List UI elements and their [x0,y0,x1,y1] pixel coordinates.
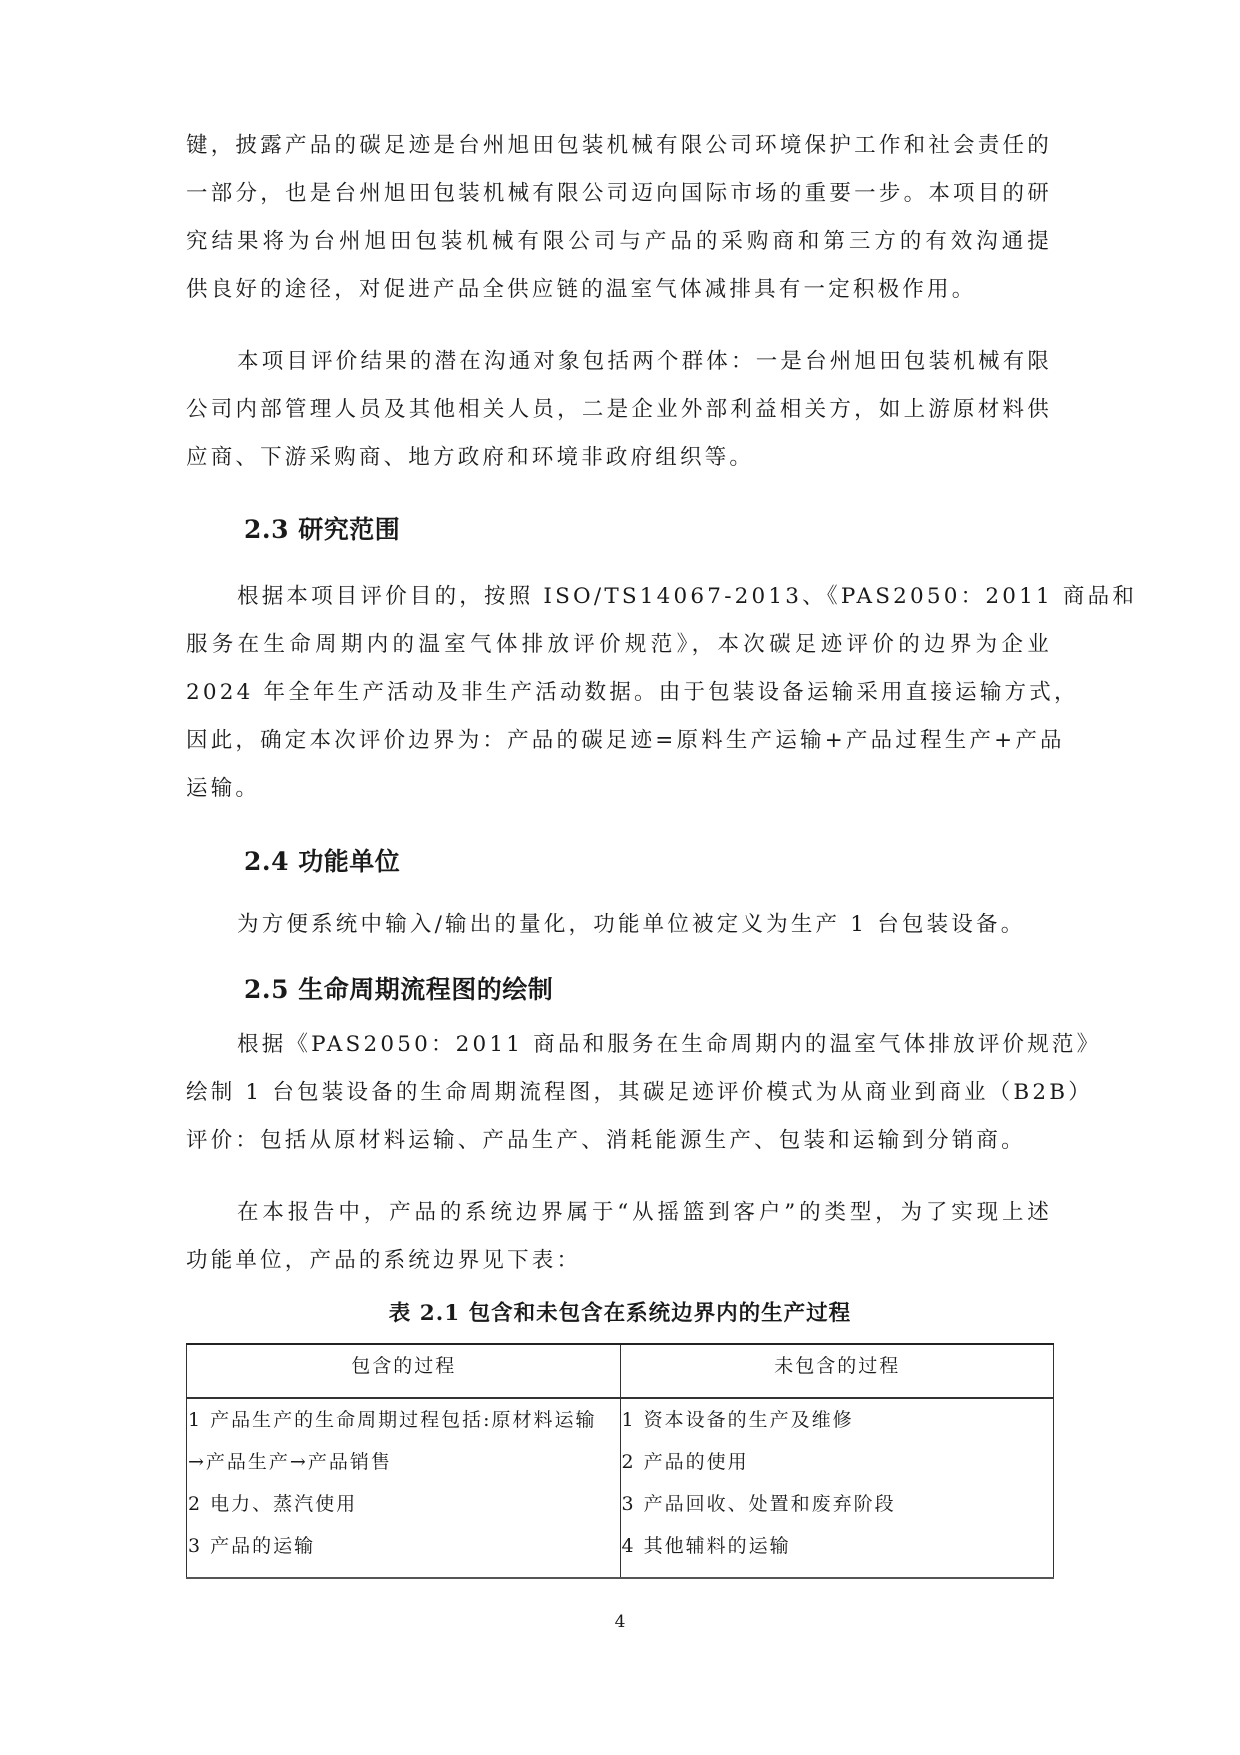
text-line: 为方便系统中输入/输出的量化，功能单位被定义为生产 1 台包装设备。 [237,910,1052,940]
text-line: 键，披露产品的碳足迹是台州旭田包装机械有限公司环境保护工作和社会责任的 [186,131,1052,161]
text-line: 服务在生命周期内的温室气体排放评价规范》，本次碳足迹评价的边界为企业 [186,630,1052,660]
table-cell-excluded: 2 产品的使用 [620,1441,1054,1483]
text-line: 绘制 1 台包装设备的生命周期流程图，其碳足迹评价模式为从商业到商业（B2B） [186,1078,1052,1108]
text-line: 应商、下游采购商、地方政府和环境非政府组织等。 [186,443,1052,473]
table-row: 2 电力、蒸汽使用 3 产品回收、处置和废弃阶段 [187,1483,1054,1525]
text-line: 功能单位，产品的系统边界见下表： [186,1246,1052,1276]
text-line: 2024 年全年生产活动及非生产活动数据。由于包装设备运输采用直接运输方式， [186,678,1052,708]
table-row: 1 产品生产的生命周期过程包括:原材料运输 1 资本设备的生产及维修 [187,1398,1054,1441]
table-cell-included: →产品生产→产品销售 [187,1441,621,1483]
text-line: 公司内部管理人员及其他相关人员，二是企业外部利益相关方，如上游原材料供 [186,395,1052,425]
text-line: 本项目评价结果的潜在沟通对象包括两个群体：一是台州旭田包装机械有限 [237,347,1052,377]
text-line: 究结果将为台州旭田包装机械有限公司与产品的采购商和第三方的有效沟通提 [186,227,1052,257]
text-line: 供良好的途径，对促进产品全供应链的温室气体减排具有一定积极作用。 [186,275,1052,305]
text-line: 在本报告中，产品的系统边界属于“从摇篮到客户”的类型，为了实现上述 [237,1198,1052,1228]
table-header-row: 包含的过程 未包含的过程 [187,1344,1054,1398]
section-heading-2-4: 2.4 功能单位 [244,846,400,878]
text-line: 因此，确定本次评价边界为：产品的碳足迹=原料生产运输+产品过程生产+产品 [186,726,1052,756]
table-cell-excluded: 3 产品回收、处置和废弃阶段 [620,1483,1054,1525]
system-boundary-table: 包含的过程 未包含的过程 1 产品生产的生命周期过程包括:原材料运输 1 资本设… [186,1343,1054,1579]
column-header-included: 包含的过程 [187,1344,621,1398]
section-heading-2-3: 2.3 研究范围 [244,514,400,546]
column-header-excluded: 未包含的过程 [620,1344,1054,1398]
text-line: 根据本项目评价目的，按照 ISO/TS14067-2013、《PAS2050：2… [237,582,1052,612]
table-row: 3 产品的运输 4 其他辅料的运输 [187,1525,1054,1578]
text-line: 一部分，也是台州旭田包装机械有限公司迈向国际市场的重要一步。本项目的研 [186,179,1052,209]
table-cell-included: 3 产品的运输 [187,1525,621,1578]
table-caption: 表 2.1 包含和未包含在系统边界内的生产过程 [0,1299,1240,1329]
text-line: 根据《PAS2050：2011 商品和服务在生命周期内的温室气体排放评价规范》 [237,1030,1052,1060]
page-number: 4 [0,1611,1240,1633]
text-line: 评价：包括从原材料运输、产品生产、消耗能源生产、包装和运输到分销商。 [186,1126,1052,1156]
document-page: 键，披露产品的碳足迹是台州旭田包装机械有限公司环境保护工作和社会责任的 一部分，… [0,0,1240,1755]
table-cell-included: 1 产品生产的生命周期过程包括:原材料运输 [187,1398,621,1441]
table-cell-included: 2 电力、蒸汽使用 [187,1483,621,1525]
text-line: 运输。 [186,774,1052,804]
table-cell-excluded: 1 资本设备的生产及维修 [620,1398,1054,1441]
table-row: →产品生产→产品销售 2 产品的使用 [187,1441,1054,1483]
table-cell-excluded: 4 其他辅料的运输 [620,1525,1054,1578]
section-heading-2-5: 2.5 生命周期流程图的绘制 [244,974,553,1006]
